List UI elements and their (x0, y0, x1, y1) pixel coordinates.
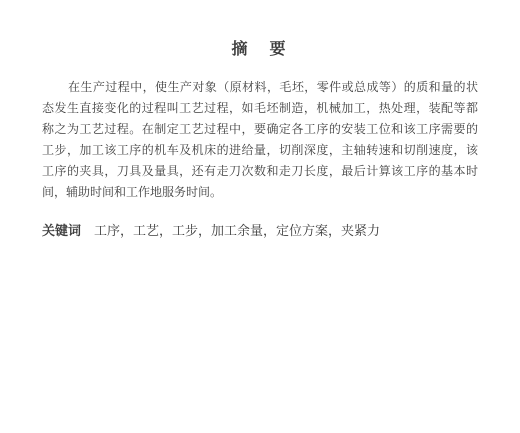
abstract-line: 态发生直接变化的过程叫工艺过程，如毛坯制造，机械加工，热处理，装配等都 (42, 98, 478, 119)
keywords-label: 关键词 (42, 223, 81, 238)
document-page: 摘 要 在生产过程中，使生产对象（原材料，毛坯，零件或总成等）的质和量的状 态发… (0, 0, 520, 433)
keywords-content: 工序，工艺，工步，加工余量，定位方案，夹紧力 (94, 223, 380, 238)
abstract-paragraph: 在生产过程中，使生产对象（原材料，毛坯，零件或总成等）的质和量的状 态发生直接变… (42, 77, 478, 203)
abstract-line: 工步，加工该工序的机车及机床的进给量，切削深度，主轴转速和切削速度，该 (42, 140, 478, 161)
abstract-line: 在生产过程中，使生产对象（原材料，毛坯，零件或总成等）的质和量的状 (42, 77, 478, 98)
abstract-line: 间，辅助时间和工作地服务时间。 (42, 182, 478, 203)
abstract-line: 称之为工艺过程。在制定工艺过程中，要确定各工序的安装工位和该工序需要的 (42, 119, 478, 140)
keywords-line: 关键词工序，工艺，工步，加工余量，定位方案，夹紧力 (42, 220, 478, 241)
abstract-line: 工序的夹具，刀具及量具，还有走刀次数和走刀长度，最后计算该工序的基本时 (42, 161, 478, 182)
page-title: 摘 要 (0, 41, 520, 59)
